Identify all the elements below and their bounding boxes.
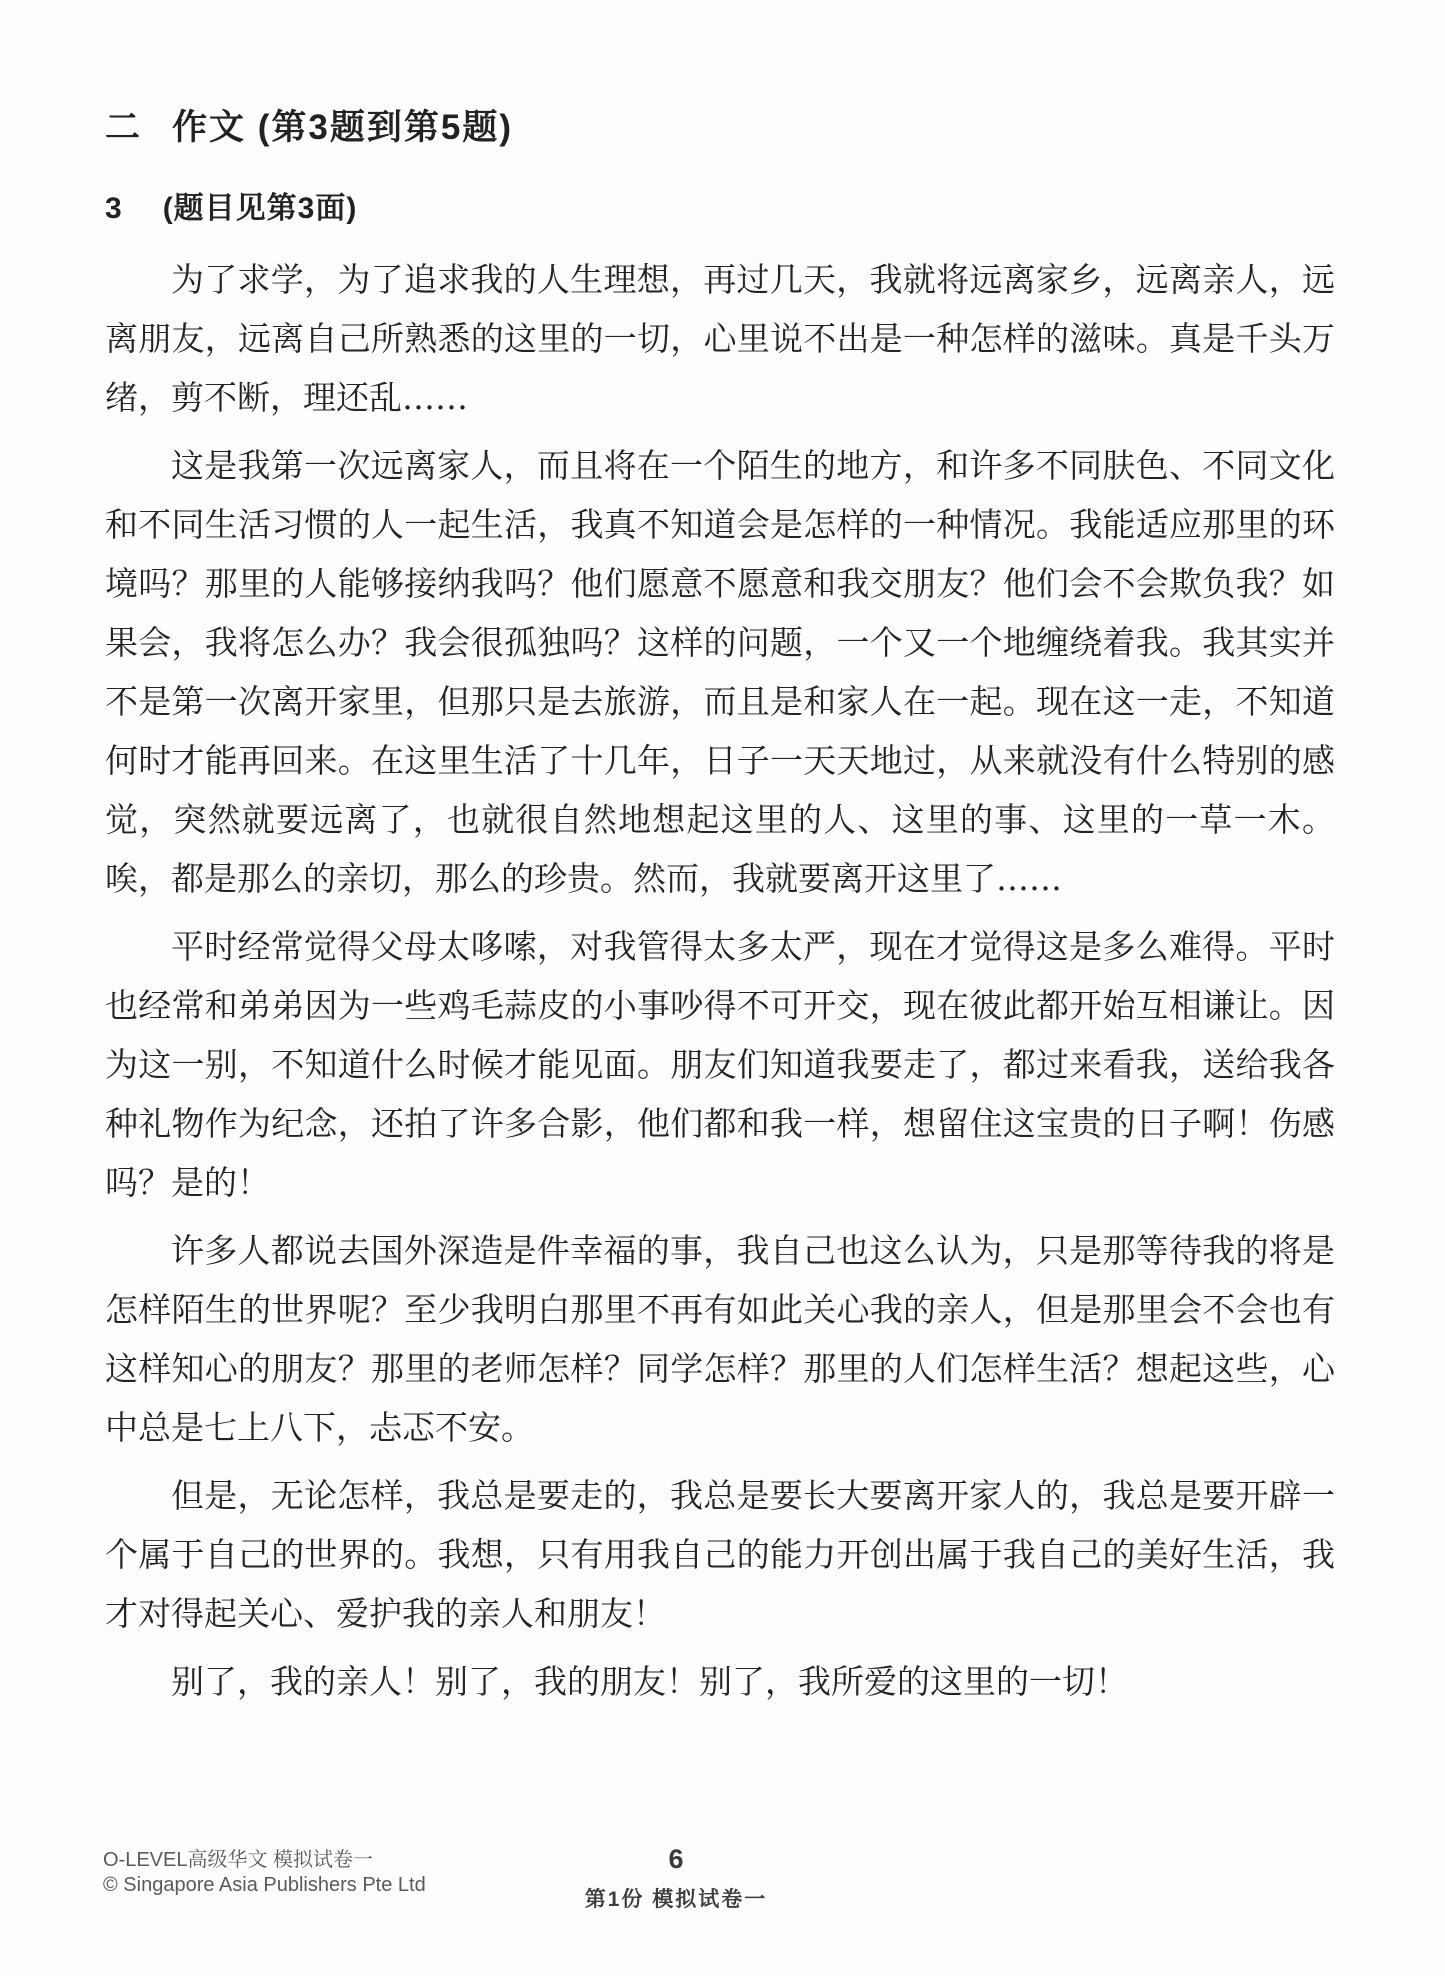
footer-book-title: O-LEVEL高级华文 模拟试卷一 (103, 1848, 426, 1873)
footer-section-label: 第1份 模拟试卷一 (565, 1883, 787, 1913)
essay-paragraph-1: 为了求学，为了追求我的人生理想，再过几天，我就将远离家乡，远离亲人，远离朋友，远… (105, 250, 1335, 427)
essay-paragraph-3: 平时经常觉得父母太哆嗦，对我管得太多太严，现在才觉得这是多么难得。平时也经常和弟… (105, 917, 1335, 1212)
essay-paragraph-5: 但是，无论怎样，我总是要走的，我总是要长大要离开家人的，我总是要开辟一个属于自己… (105, 1466, 1335, 1643)
footer-publisher: © Singapore Asia Publishers Pte Ltd (103, 1873, 426, 1898)
essay-paragraph-4: 许多人都说去国外深造是件幸福的事，我自己也这么认为，只是那等待我的将是怎样陌生的… (105, 1221, 1335, 1457)
page-number: 6 (565, 1843, 787, 1875)
section-title: 作文 (第3题到第5题) (172, 108, 513, 147)
section-heading: 二作文 (第3题到第5题) (105, 100, 513, 150)
question-number: 3 (105, 192, 123, 226)
footer-center: 6 第1份 模拟试卷一 (565, 1843, 787, 1913)
document-page: 二作文 (第3题到第5题) 3(题目见第3面) 为了求学，为了追求我的人生理想，… (0, 0, 1445, 1976)
question-note: (题目见第3面) (163, 192, 358, 225)
essay-body: 为了求学，为了追求我的人生理想，再过几天，我就将远离家乡，远离亲人，远离朋友，远… (105, 250, 1335, 1720)
question-heading: 3(题目见第3面) (105, 183, 357, 227)
section-number: 二 (105, 100, 142, 150)
footer-left: O-LEVEL高级华文 模拟试卷一 © Singapore Asia Publi… (103, 1848, 426, 1898)
essay-paragraph-2: 这是我第一次远离家人，而且将在一个陌生的地方，和许多不同肤色、不同文化和不同生活… (105, 436, 1335, 908)
essay-paragraph-6: 别了，我的亲人！别了，我的朋友！别了，我所爱的这里的一切！ (105, 1652, 1335, 1711)
